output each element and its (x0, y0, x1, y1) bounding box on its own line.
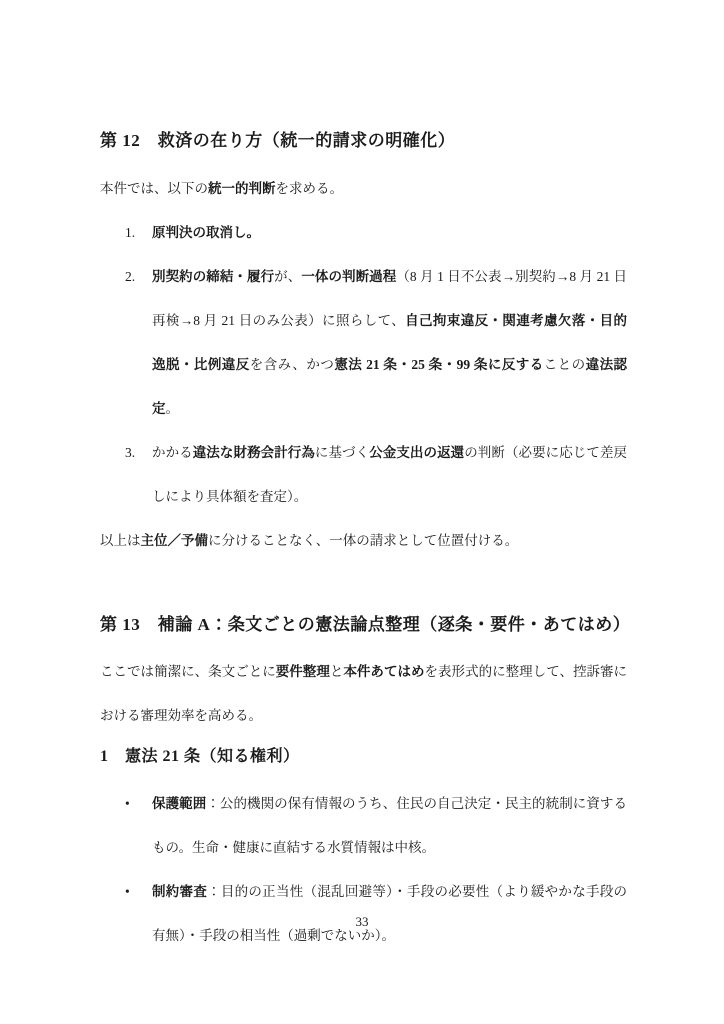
text-run: ここでは簡潔に、条文ごとに (100, 664, 276, 679)
text-run: ：公的機関の保有情報のうち、住民の自己決定・民主的統制に資するもの。生命・健康に… (152, 796, 627, 855)
heading-section-13: 第 13 補論 A：条文ごとの憲法論点整理（逐条・要件・あてはめ） (100, 612, 627, 638)
emphasis-text: 保護範囲 (152, 796, 206, 811)
list-item-text: 別契約の締結・履行が、一体の判断過程（8 月 1 日不公表→別契約→8 月 21… (152, 255, 627, 431)
emphasis-text: 一体の判断過程 (301, 269, 396, 284)
text-run: に基づく (315, 445, 369, 460)
text-run: が、 (274, 269, 301, 284)
page-number: 33 (0, 912, 724, 932)
bullet-item: •保護範囲：公的機関の保有情報のうち、住民の自己決定・民主的統制に資するもの。生… (100, 782, 627, 870)
numbered-item: 3.かかる違法な財務会計行為に基づく公金支出の返還の判断（必要に応じて差戻しによ… (100, 431, 627, 519)
emphasis-text: 原判決の取消し。 (152, 225, 260, 240)
paragraph-single-claim: 以上は主位／予備に分けることなく、一体の請求として位置付ける。 (100, 519, 627, 563)
paragraph-unified-request: 本件では、以下の統一的判断を求める。 (100, 167, 627, 211)
heading-section-12: 第 12 救済の在り方（統一的請求の明確化） (100, 128, 627, 154)
numbered-item: 1.原判決の取消し。 (100, 211, 627, 255)
emphasis-text: 本件あてはめ (343, 664, 424, 679)
emphasis-text: 公金支出の返還 (369, 445, 464, 460)
list-item-text: 原判決の取消し。 (152, 211, 627, 255)
numbered-item: 2.別契約の締結・履行が、一体の判断過程（8 月 1 日不公表→別契約→8 月 … (100, 255, 627, 431)
emphasis-text: 主位／予備 (141, 533, 209, 548)
text-run: と (330, 664, 344, 679)
list-number: 1. (100, 211, 152, 255)
list-number: 2. (100, 255, 152, 431)
heading-article-21: 1 憲法 21 条（知る権利） (100, 744, 627, 770)
paragraph-supplement-intro: ここでは簡潔に、条文ごとに要件整理と本件あてはめを表形式的に整理して、控訴審にお… (100, 650, 627, 738)
list-item-text: かかる違法な財務会計行為に基づく公金支出の返還の判断（必要に応じて差戻しにより具… (152, 431, 627, 519)
emphasis-text: 要件整理 (276, 664, 330, 679)
emphasis-text: 1 憲法 21 条（知る権利） (100, 748, 300, 765)
text-run: 以上は (100, 533, 141, 548)
text-run: を含み、かつ (250, 357, 335, 372)
emphasis-text: 第 13 補論 A：条文ごとの憲法論点整理（逐条・要件・あてはめ） (100, 615, 630, 634)
emphasis-text: 第 12 救済の在り方（統一的請求の明確化） (100, 131, 455, 150)
emphasis-text: 違法な財務会計行為 (193, 445, 315, 460)
document-page: 第 12 救済の在り方（統一的請求の明確化）本件では、以下の統一的判断を求める。… (0, 0, 724, 1024)
list-item-text: 保護範囲：公的機関の保有情報のうち、住民の自己決定・民主的統制に資するもの。生命… (152, 782, 627, 870)
emphasis-text: 制約審査 (152, 884, 207, 899)
text-run: かかる (152, 445, 193, 460)
text-run: を求める。 (276, 181, 344, 196)
text-run: ことの (544, 357, 586, 372)
text-run: 。 (166, 401, 180, 416)
emphasis-text: 憲法 21 条・25 条・99 条に反する (334, 357, 543, 372)
numbered-list-claims: 1.原判決の取消し。2.別契約の締結・履行が、一体の判断過程（8 月 1 日不公… (100, 211, 627, 519)
text-run: に分けることなく、一体の請求として位置付ける。 (208, 533, 518, 548)
text-run: 本件では、以下の (100, 181, 208, 196)
document-content: 第 12 救済の在り方（統一的請求の明確化）本件では、以下の統一的判断を求める。… (100, 128, 627, 958)
emphasis-text: 統一的判断 (208, 181, 276, 196)
bullet-icon: • (100, 782, 152, 870)
emphasis-text: 別契約の締結・履行 (152, 269, 274, 284)
list-number: 3. (100, 431, 152, 519)
